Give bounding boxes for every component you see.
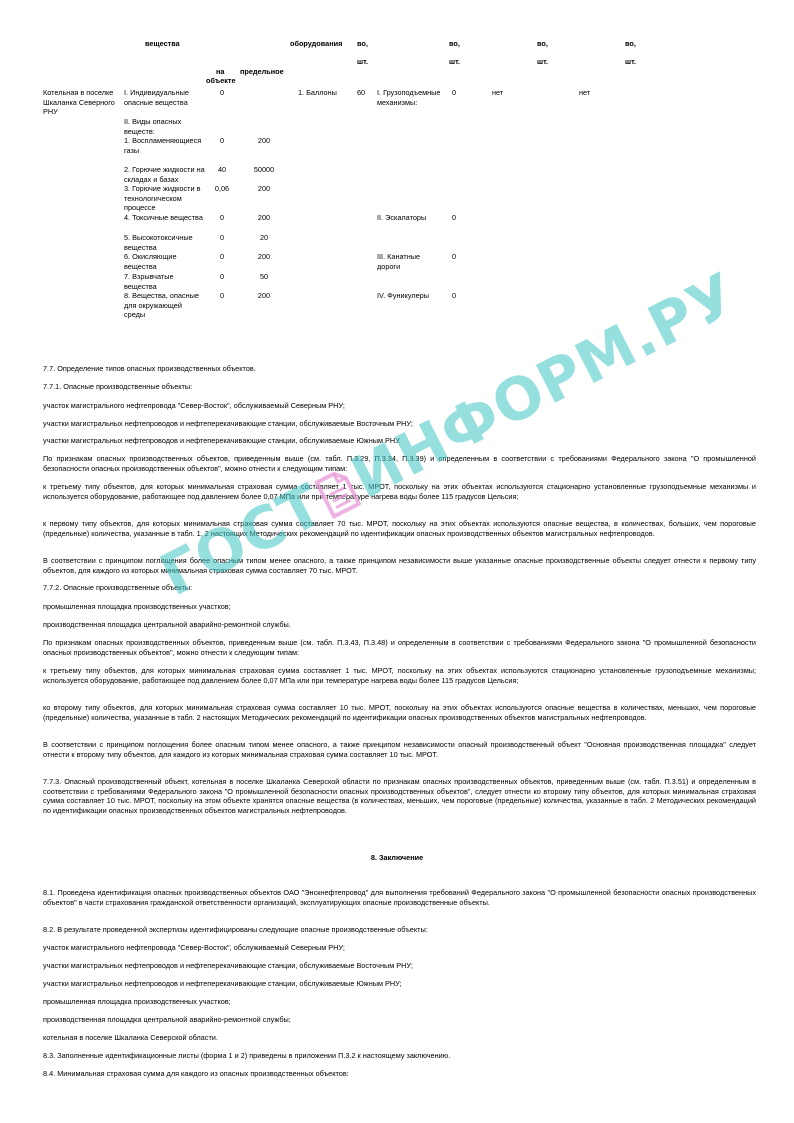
lifting-3-qty: 0 bbox=[452, 291, 456, 301]
row-onobj-9: 0 bbox=[212, 291, 232, 301]
equipment-name: 1. Баллоны bbox=[298, 88, 337, 98]
row-onobj-0: 0 bbox=[212, 88, 232, 98]
s8-item-0: участок магистрального нефтепровода "Сев… bbox=[43, 943, 756, 953]
s8-item-5: котельная в поселке Шкаланка Северской о… bbox=[43, 1033, 756, 1043]
row-substance-5: 4. Токсичные вещества bbox=[124, 213, 204, 223]
lifting-3-name: IV. Фуникулеры bbox=[377, 291, 447, 301]
row-onobj-5: 0 bbox=[212, 213, 232, 223]
lifting-2-qty: 0 bbox=[452, 252, 456, 262]
row-limit-3: 50000 bbox=[249, 165, 279, 175]
lifting-1-qty: 0 bbox=[452, 213, 456, 223]
row-onobj-7: 0 bbox=[212, 252, 232, 262]
row-onobj-3: 40 bbox=[212, 165, 232, 175]
section-7-7-1-title: 7.7.1. Опасные производственные объекты: bbox=[43, 382, 756, 392]
col-net-1: нет bbox=[492, 88, 503, 98]
row-onobj-2: 0 bbox=[212, 136, 232, 146]
section-7-7-2-title: 7.7.2. Опасные производственные объекты: bbox=[43, 583, 756, 593]
equipment-qty: 60 bbox=[357, 88, 365, 98]
row-substance-0: I. Индивидуальные опасные вещества bbox=[124, 88, 204, 107]
header-unit-1: шт. bbox=[357, 57, 368, 67]
row-substance-8: 7. Взрывчатые вещества bbox=[124, 272, 204, 291]
lifting-1-name: II. Эскалаторы bbox=[377, 213, 447, 223]
paragraph-8-1: 8.1. Проведена идентификация опасных про… bbox=[43, 888, 756, 907]
row-substance-2: 1. Воспламеняющиеся газы bbox=[124, 136, 202, 155]
header-unit-2: шт. bbox=[449, 57, 460, 67]
paragraph-4: В соответствии с принципом поглощения бо… bbox=[43, 556, 756, 575]
row-substance-7: 6. Окисляющие вещества bbox=[124, 252, 204, 271]
s8-item-3: промышленная площадка производственных у… bbox=[43, 997, 756, 1007]
paragraph-8-3: 8.3. Заполненные идентификационные листы… bbox=[43, 1051, 756, 1061]
header-on-object-b: объекте bbox=[206, 76, 236, 86]
paragraph-6: к третьему типу объектов, для которых ми… bbox=[43, 666, 756, 685]
paragraph-2: к третьему типу объектов, для которых ми… bbox=[43, 482, 756, 501]
row-substance-4: 3. Горючие жидкости в технологическом пр… bbox=[124, 184, 206, 213]
header-qty-1: во, bbox=[357, 39, 368, 49]
paragraph-1: По признакам опасных производственных об… bbox=[43, 454, 756, 473]
header-qty-2: во, bbox=[449, 39, 460, 49]
s771-item-2: участки магистральных нефтепроводов и не… bbox=[43, 436, 756, 446]
object-name: Котельная в поселке Шкаланка Северного Р… bbox=[43, 88, 123, 117]
header-qty-4: во, bbox=[625, 39, 636, 49]
paragraph-5: По признакам опасных производственных об… bbox=[43, 638, 756, 657]
lifting-0-name: I. Грузоподъемные механизмы: bbox=[377, 88, 443, 107]
header-qty-3: во, bbox=[537, 39, 548, 49]
paragraph-8-2: 8.2. В результате проведенной экспертизы… bbox=[43, 925, 756, 935]
row-limit-5: 200 bbox=[249, 213, 279, 223]
col-net-2: нет bbox=[579, 88, 590, 98]
header-limit: предельное bbox=[240, 67, 284, 77]
s8-item-4: производственная площадка центральной ав… bbox=[43, 1015, 756, 1025]
paragraph-8: В соответствии с принципом поглощения бо… bbox=[43, 740, 756, 759]
paragraph-3: к первому типу объектов, для которых мин… bbox=[43, 519, 756, 538]
row-substance-9: 8. Вещества, опасные для окружающей сред… bbox=[124, 291, 204, 320]
row-limit-7: 200 bbox=[249, 252, 279, 262]
paragraph-9: 7.7.3. Опасный производственный объект, … bbox=[43, 777, 756, 815]
s8-item-1: участки магистральных нефтепроводов и не… bbox=[43, 961, 756, 971]
section-8-title: 8. Заключение bbox=[0, 853, 794, 863]
row-limit-2: 200 bbox=[249, 136, 279, 146]
row-substance-1: II. Виды опасных веществ: bbox=[124, 117, 204, 136]
row-limit-9: 200 bbox=[249, 291, 279, 301]
s8-item-2: участки магистральных нефтепроводов и не… bbox=[43, 979, 756, 989]
s771-item-0: участок магистрального нефтепровода "Сев… bbox=[43, 401, 756, 411]
header-substance: вещества bbox=[145, 39, 180, 49]
lifting-2-name: III. Канатные дороги bbox=[377, 252, 433, 271]
paragraph-7: ко второму типу объектов, для которых ми… bbox=[43, 703, 756, 722]
header-unit-4: шт. bbox=[625, 57, 636, 67]
section-7-7-title: 7.7. Определение типов опасных производс… bbox=[43, 364, 756, 374]
s771-item-1: участки магистральных нефтепроводов и не… bbox=[43, 419, 756, 429]
row-onobj-4: 0,06 bbox=[208, 184, 236, 194]
row-onobj-6: 0 bbox=[212, 233, 232, 243]
row-substance-3: 2. Горючие жидкости на складах и базах bbox=[124, 165, 206, 184]
header-unit-3: шт. bbox=[537, 57, 548, 67]
s772-item-1: производственная площадка центральной ав… bbox=[43, 620, 756, 630]
row-onobj-8: 0 bbox=[212, 272, 232, 282]
row-limit-4: 200 bbox=[249, 184, 279, 194]
row-substance-6: 5. Высокотоксичные вещества bbox=[124, 233, 206, 252]
s772-item-0: промышленная площадка производственных у… bbox=[43, 602, 756, 612]
row-limit-6: 20 bbox=[249, 233, 279, 243]
header-equipment: оборудования bbox=[290, 39, 342, 49]
row-limit-8: 50 bbox=[249, 272, 279, 282]
paragraph-8-4: 8.4. Минимальная страховая сумма для каж… bbox=[43, 1069, 756, 1079]
lifting-0-qty: 0 bbox=[452, 88, 456, 98]
